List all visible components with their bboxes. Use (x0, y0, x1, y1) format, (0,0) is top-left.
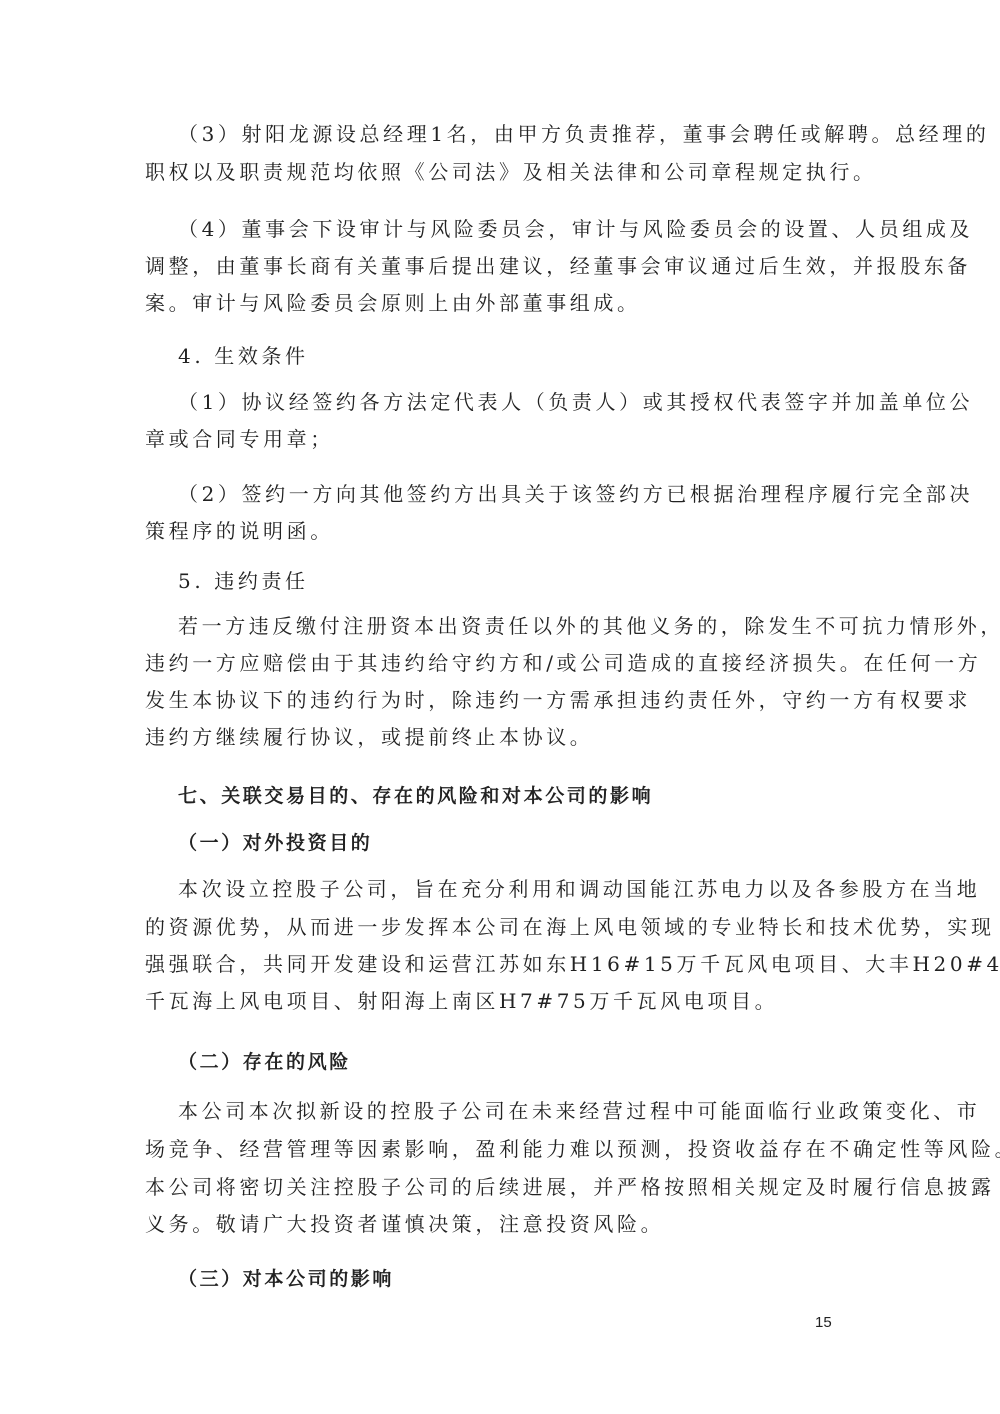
section-heading-7: 七、关联交易目的、存在的风险和对本公司的影响 (178, 784, 653, 808)
paragraph-line: 的资源优势，从而进一步发挥本公司在海上风电领域的专业特长和技术优势，实现 (145, 915, 995, 939)
document-page: （3）射阳龙源设总经理1名，由甲方负责推荐，董事会聘任或解聘。总经理的 职权以及… (0, 0, 1000, 1414)
paragraph-line: 策程序的说明函。 (145, 519, 334, 543)
section-heading-investment-purpose: （一）对外投资目的 (178, 831, 372, 855)
paragraph-line: 义务。敬请广大投资者谨慎决策，注意投资风险。 (145, 1212, 664, 1236)
subheading-effective-conditions: 4. 生效条件 (178, 344, 309, 368)
paragraph-line: 千瓦海上风电项目、射阳海上南区H7#75万千瓦风电项目。 (145, 989, 778, 1013)
paragraph-line: 调整，由董事长商有关董事后提出建议，经董事会审议通过后生效，并报股东备 (145, 254, 971, 278)
paragraph-line: （3）射阳龙源设总经理1名，由甲方负责推荐，董事会聘任或解聘。总经理的 (178, 122, 989, 146)
paragraph-line: （1）协议经签约各方法定代表人（负责人）或其授权代表签字并加盖单位公 (178, 390, 973, 414)
paragraph-line: 场竞争、经营管理等因素影响，盈利能力难以预测，投资收益存在不确定性等风险。 (145, 1137, 1000, 1161)
paragraph-line: 强强联合，共同开发建设和运营江苏如东H16#15万千瓦风电项目、大丰H20#40… (145, 952, 1000, 976)
subheading-liability: 5. 违约责任 (178, 569, 309, 593)
section-heading-risks: （二）存在的风险 (178, 1050, 351, 1074)
paragraph-line: 本公司本次拟新设的控股子公司在未来经营过程中可能面临行业政策变化、市 (178, 1099, 980, 1123)
paragraph-line: 若一方违反缴付注册资本出资责任以外的其他义务的，除发生不可抗力情形外， (178, 614, 1000, 638)
section-heading-impact: （三）对本公司的影响 (178, 1267, 394, 1291)
paragraph-line: 本次设立控股子公司，旨在充分利用和调动国能江苏电力以及各参股方在当地 (178, 877, 980, 901)
page-number: 15 (815, 1314, 832, 1331)
paragraph-line: 案。审计与风险委员会原则上由外部董事组成。 (145, 291, 641, 315)
paragraph-line: 发生本协议下的违约行为时，除违约一方需承担违约责任外，守约一方有权要求 (145, 688, 971, 712)
paragraph-line: （4）董事会下设审计与风险委员会，审计与风险委员会的设置、人员组成及 (178, 217, 973, 241)
paragraph-line: 违约方继续履行协议，或提前终止本协议。 (145, 725, 593, 749)
paragraph-line: 职权以及职责规范均依照《公司法》及相关法律和公司章程规定执行。 (145, 160, 877, 184)
paragraph-line: 违约一方应赔偿由于其违约给守约方和/或公司造成的直接经济损失。在任何一方 (145, 651, 981, 675)
paragraph-line: 章或合同专用章； (145, 427, 334, 451)
paragraph-line: （2）签约一方向其他签约方出具关于该签约方已根据治理程序履行完全部决 (178, 482, 973, 506)
paragraph-line: 本公司将密切关注控股子公司的后续进展，并严格按照相关规定及时履行信息披露 (145, 1175, 995, 1199)
